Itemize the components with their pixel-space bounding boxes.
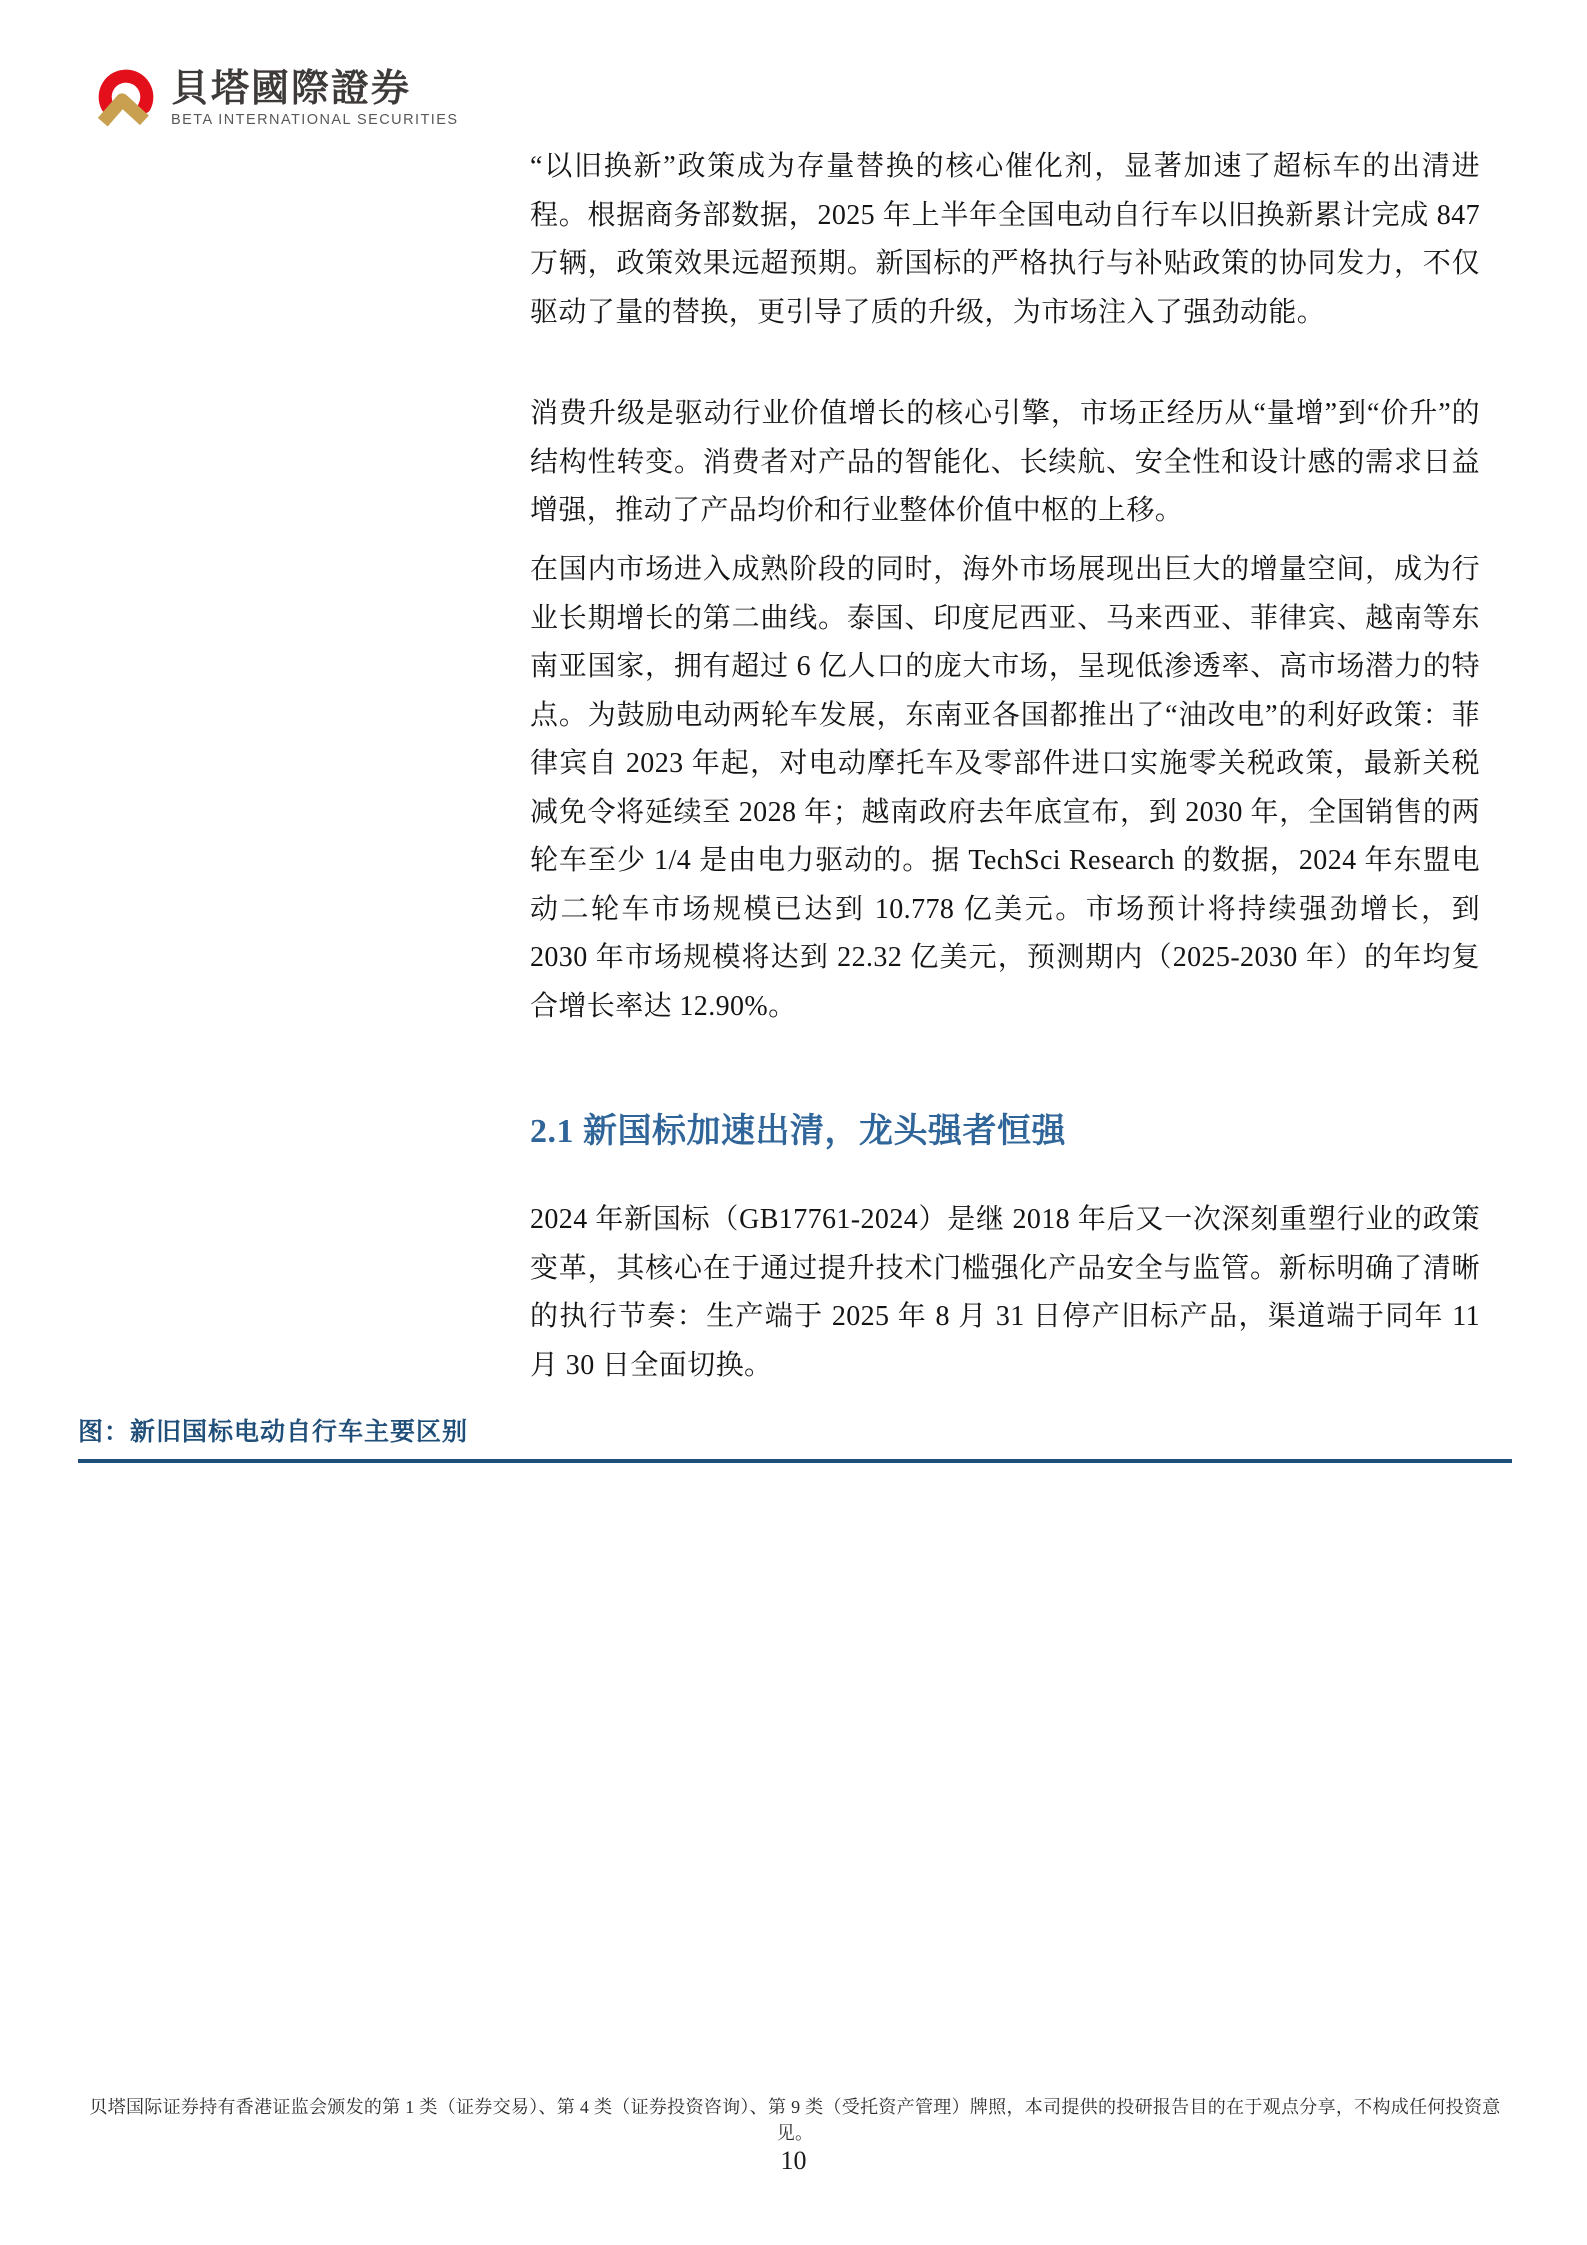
section-heading-2-1: 2.1 新国标加速出清，龙头强者恒强	[530, 1108, 1510, 1156]
report-page: 貝塔國際證券 BETA INTERNATIONAL SECURITIES “以旧…	[0, 0, 1587, 2245]
brand-subtitle: BETA INTERNATIONAL SECURITIES	[171, 111, 459, 129]
brand-header: 貝塔國際證券 BETA INTERNATIONAL SECURITIES	[95, 66, 459, 130]
beta-securities-logo-icon	[95, 66, 157, 130]
paragraph-overseas-market: 在国内市场进入成熟阶段的同时，海外市场展现出巨大的增量空间，成为行业长期增长的第…	[530, 546, 1480, 1031]
paragraph-consumption-upgrade: 消费升级是驱动行业价值增长的核心引擎，市场正经历从“量增”到“价升”的结构性转变…	[530, 390, 1480, 536]
paragraph-new-national-standard: 2024 年新国标（GB17761-2024）是继 2018 年后又一次深刻重塑…	[530, 1196, 1480, 1390]
paragraph-trade-in-policy: “以旧换新”政策成为存量替换的核心催化剂，显著加速了超标车的出清进程。根据商务部…	[530, 143, 1480, 337]
figure-caption: 图：新旧国标电动自行车主要区别	[78, 1416, 468, 1450]
brand-name: 貝塔國際證券	[171, 68, 459, 110]
footer-disclaimer: 贝塔国际证券持有香港证监会颁发的第 1 类（证券交易）、第 4 类（证券投资咨询…	[78, 2094, 1512, 2146]
figure-caption-divider	[78, 1459, 1512, 1463]
page-number: 10	[0, 2146, 1587, 2176]
brand-text-block: 貝塔國際證券 BETA INTERNATIONAL SECURITIES	[171, 66, 459, 129]
